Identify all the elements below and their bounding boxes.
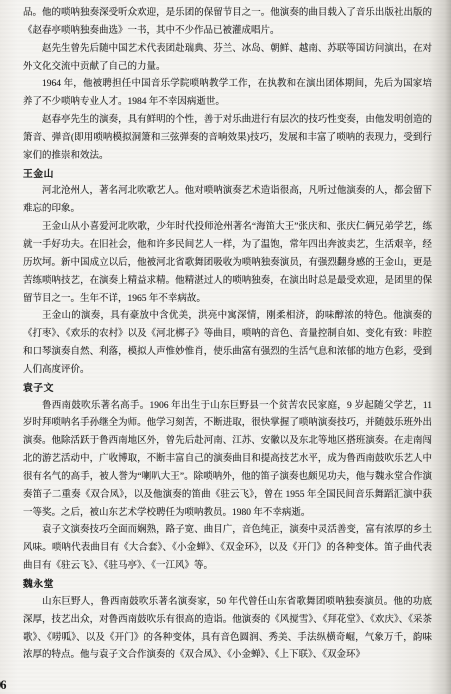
paragraph: 王金山的演奏，具有豪放中含优美，洪亮中寓深情，刚柔相济，韵味醇浓的特色。他演奏的… (23, 308, 432, 379)
paragraph: 山东巨野人，鲁西南鼓吹乐著名演奏家，50 年代曾任山东省歌舞团唢呐独奏演员。他的… (23, 594, 432, 665)
page-text-column: 品。他的唢呐独奏深受听众欢迎，是乐团的保留节目之一。他演奏的曲目载入了音乐出版社… (23, 5, 432, 665)
page-number: 96 (0, 678, 6, 693)
section-heading-wei-yongtang: 魏永堂 (23, 576, 432, 594)
paragraph: 王金山从小喜爱河北吹歌，少年时代投师沧州著名“海笛大王”张庆和、张庆仁俩兄弟学艺… (23, 219, 432, 308)
paragraph: 1964 年，他被聘担任中国音乐学院唢呐教学工作，在执教和在演出团体期间，先后为… (23, 76, 432, 112)
paragraph: 河北沧州人，著名河北吹歌艺人。他对唢呐演奏艺术造诣很高，凡听过他演奏的人，都会留… (23, 183, 432, 219)
section-heading-wang-jinshan: 王金山 (23, 166, 432, 184)
paragraph: 袁子文演奏技巧全面而娴熟，路子宽、曲目广，音色纯正，演奏中灵活善变，富有浓厚的乡… (23, 522, 432, 576)
scanned-book-page: { "document": { "page_number": "96", "bl… (0, 0, 451, 694)
paragraph-continued-from-previous-page: 品。他的唢呐独奏深受听众欢迎，是乐团的保留节目之一。他演奏的曲目载入了音乐出版社… (23, 5, 432, 41)
section-heading-yuan-ziwen: 袁子文 (23, 380, 432, 398)
paragraph: 赵春亭先生的演奏，具有鲜明的个性，善于对乐曲进行有层次的技巧性变奏，由他发明创造… (23, 112, 432, 166)
paragraph: 赵先生曾先后随中国艺术代表团赴瑞典、芬兰、冰岛、朝鲜、越南、苏联等国访问演出，在… (23, 41, 432, 77)
paragraph: 鲁西南鼓吹乐著名高手。1906 年出生于山东巨野县一个贫苦农民家庭，9 岁起随父… (23, 398, 432, 523)
